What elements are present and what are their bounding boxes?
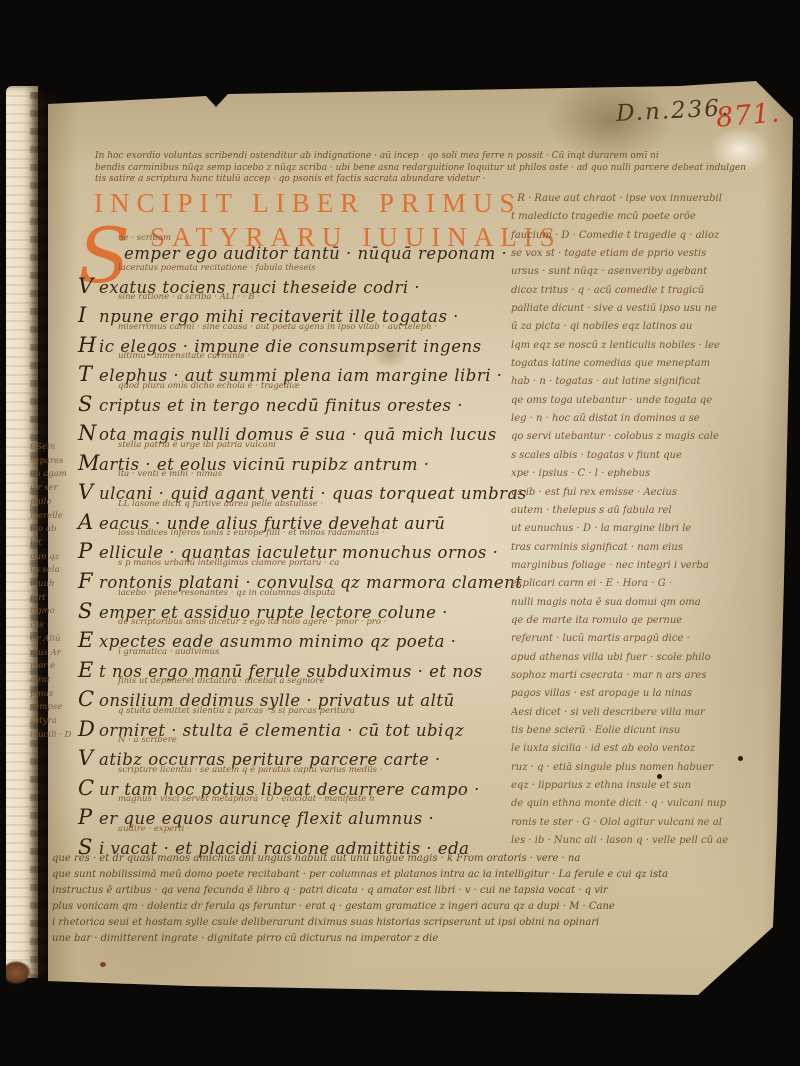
interlinear-gloss: quod plura omīs dicho echola ē · tragedi… [78,381,538,392]
top-gloss-paragraph: In hoc exordio voluntas scribendi ostend… [95,151,787,186]
interlinear-gloss: magnus · visci servat metaphorā · O · el… [78,794,538,805]
interlinear-gloss: ne · scribam [78,233,538,244]
marginal-gloss-column-right: · R · Raue aut chraot · ipse vox innuera… [511,190,793,850]
left-gloss-fragment: mo ab [30,523,94,537]
verse-row: Nota magis nulli domus ē sua · quā mich … [78,410,538,440]
right-gloss-line: tras carminis significat · nam eius [511,539,793,557]
verse-row: sine ratione · a scriba · ALI · · B ·Inp… [78,292,538,322]
left-gloss-fragment: satyra [30,715,94,729]
right-gloss-line: s scales albis · togatas v fiunt que [511,447,793,465]
ink-dot [738,756,743,761]
left-gloss-fragment: i lucili · D [30,729,94,743]
left-gloss-fragment: fart [30,592,94,606]
bottom-gloss-line: que sunt nobilissimā meū domo poete reci… [52,867,788,883]
verse-row: finis ut deponeret dictaturā · dicebat a… [78,676,538,706]
interlinear-gloss: iacebo · plene resonantes · qz in column… [78,588,538,599]
interlinear-gloss: scripture licentia · se autem q ē paratu… [78,765,538,776]
left-gloss-fragment: mor e [30,660,94,674]
left-gloss-fragment: b t [30,537,94,551]
top-gloss-line: In hoc exordio voluntas scribendi ostend… [95,151,787,163]
right-gloss-line: le iuxta sicilia · id est ab eolo ventoz [511,740,793,758]
right-gloss-line: marginibus foliage · nec integri i verba [511,557,793,575]
interlinear-gloss: N · a scribere [78,735,538,746]
interlinear-gloss: stelia patria ē urge ibi patria vulcani [78,440,538,451]
right-gloss-line: togatas latine comedias que meneptam [511,355,793,373]
right-gloss-line: ū za picta · qi nobiles eqz latinos au [511,318,793,336]
bottom-gloss-line: plus vonicam qm · dolentiz dr ferula qs … [52,899,788,915]
right-gloss-line: nulli magis nota ē sua domui qm oma [511,594,793,612]
right-gloss-line: · R · Raue aut chraot · ipse vox innuera… [511,190,793,208]
right-gloss-line: autem · thelepus s aū fabula rel [511,502,793,520]
verse-row: s p manos urbanū intelligimus clamore po… [78,558,538,588]
interlinear-gloss: sine ratione · a scriba · ALI · · B · [78,292,538,303]
interlinear-gloss: LL lasone dicit q furtive aurea pelle ab… [78,499,538,510]
interlinear-gloss: loss indices inferos ionis z europe fili… [78,528,538,539]
left-gloss-fragment: uun qz [30,551,94,565]
left-gloss-fragment: separes [30,455,94,469]
left-gloss-fragment: rus · [30,619,94,633]
interlinear-gloss: de scriptoribus amīs dicetur z ego ita n… [78,617,538,628]
verse-row: de scriptoribus amīs dicetur z ego ita n… [78,617,538,647]
right-gloss-line: qo servi utebantur · colobus z magis cal… [511,428,793,446]
ink-dot [657,774,662,779]
interlinear-gloss: ī gramatica · audivimus [78,647,538,658]
right-gloss-line: dicoz tritus · q · acū comedie t tragicū [511,282,793,300]
interlinear-gloss: q stulta demittet silentiū z parcas · s … [78,706,538,717]
verse-row: scripture licentia · se autem q ē paratu… [78,765,538,795]
verse-row: audire · experti ·Si vacat · et placidi … [78,824,538,854]
verse-row: loss indices inferos ionis z europe fili… [78,528,538,558]
right-gloss-line: se vox st · togate etiam de pprio vestis [511,245,793,263]
interlinear-gloss [78,410,538,421]
verse-row: magnus · visci servat metaphorā · O · el… [78,794,538,824]
verse-row: N · a scribereVatibz occurras periture p… [78,735,538,765]
right-gloss-line: les · ib · Nunc ali · lason q · velle pe… [511,832,793,850]
right-gloss-line: pagos villas · est aropage u la ninas [511,685,793,703]
right-gloss-line: ronis te ster · G · Olol agitur vulcani … [511,814,793,832]
right-gloss-line: tis bene scierū · Eolie dicunt insu [511,722,793,740]
right-gloss-line: Aesi dicet · si veli describere villa ma… [511,704,793,722]
interlinear-gloss: s p manos urbanū intelligimus clamore po… [78,558,538,569]
right-gloss-line: hab · n · togatas · aut latine significa… [511,373,793,391]
verse-row: ultimū · inmensitate carminis ·Telephus … [78,351,538,381]
right-gloss-line: qe oms toga utebantur · unde togata qe [511,392,793,410]
left-gloss-fragment: mus Ar [30,647,94,661]
left-gloss-fragment: t Sein [30,441,94,455]
verse-column: ne · scribamemper ego auditor tantū · nū… [78,233,538,853]
verse-row: ne · scribamemper ego auditor tantū · nū… [78,233,538,263]
left-gloss-fragment: a rat [30,674,94,688]
right-gloss-line: xpe · ipsius · C · l · ephebus [511,465,793,483]
verse-text: emper ego auditor tantū · nūquā reponam … [78,244,538,263]
left-gloss-fragment: sempse [30,701,94,715]
bottom-gloss-line: instructus ē artibus · qa vena fecunda ē… [52,883,788,899]
interlinear-gloss: audire · experti · [78,824,538,835]
right-gloss-line: ruz · q · etiā singule plus nomen habuer [511,759,793,777]
left-gloss-fragment: ab agam [30,468,94,482]
left-gloss-fragment: Cr Aliū [30,633,94,647]
right-gloss-line: t maledicto tragedie mcū poete orōe [511,208,793,226]
stain-dot [100,962,106,967]
right-gloss-line: qe de marte ita romulo qe pernue [511,612,793,630]
verse-row: LL lasone dicit q furtive aurea pelle ab… [78,499,538,529]
interlinear-gloss: miserrimus carmī · sine causa · aut poet… [78,322,538,333]
right-gloss-line: eqz · lipparius z ethna insule et sun [511,777,793,795]
left-gloss-fragment: vir ser [30,482,94,496]
bottom-gloss-line: une bar · dimitterent ingrate · dignitat… [52,931,788,947]
right-gloss-line: de quin ethna monte dicit · q · vulcani … [511,795,793,813]
verse-row: ita · venti ē mihi · nimasVulcani · quid… [78,469,538,499]
bottom-gloss-line: que res · et dr quasi manos amichus ani … [52,851,788,867]
shelfmark-red-number: 871. [715,97,782,133]
verse-row: ī gramatica · audivimusEt nos ergo manū … [78,647,538,677]
verse-row: q stulta demittet silentiū z parcas · s … [78,706,538,736]
right-gloss-line: lqm eqz se noscū z lenticulis nobiles · … [511,337,793,355]
left-gloss-fragment: merelle [30,510,94,524]
marginal-gloss-column-left: t Sein separes ab agam vir ser philo mer… [30,441,94,742]
bottom-gloss-paragraph: que res · et dr quasi manos amichus ani … [52,851,788,946]
left-gloss-fragment: philo [30,496,94,510]
right-gloss-line: faucium · D · Comedie t tragedie q · ali… [511,227,793,245]
interlinear-gloss: finis ut deponeret dictaturā · dicebat a… [78,676,538,687]
right-gloss-line: ut eunuchus · D · la margine libri le [511,520,793,538]
left-gloss-fragment: muuh [30,578,94,592]
left-gloss-fragment: pmus [30,688,94,702]
verse-row: quod plura omīs dicho echola ē · tragedi… [78,381,538,411]
left-gloss-fragment: tigmo [30,605,94,619]
right-gloss-line: referunt · lucū martis arpagū dice · [511,630,793,648]
right-gloss-line: apud athenas villa ubi fuer · scole phil… [511,649,793,667]
interlinear-gloss: ita · venti ē mihi · nimas [78,469,538,480]
right-gloss-line: ursus · sunt nūqz · asenveriby agebant [511,263,793,281]
top-gloss-line: bendis carminibus nūqz semp iacebo z nūq… [95,163,787,175]
right-gloss-line: explicari carm ei · E · Hora · G · [511,575,793,593]
right-gloss-line: sophoz marti csecrata · mar n ars ares [511,667,793,685]
manuscript-photo: D.n.236. 871. In hoc exordio voluntas sc… [0,0,800,1066]
right-gloss-line: palliate dicunt · sive a vestiū ipso usu… [511,300,793,318]
right-gloss-line: leg · n · hoc aū distat in dominos a se [511,410,793,428]
verse-row: stelia patria ē urge ibi patria vulcaniM… [78,440,538,470]
interlinear-gloss: ultimū · inmensitate carminis · [78,351,538,362]
rubric-title-line1: Incipit Liber Primus [94,188,522,219]
verse-row: laceratus poemata recitatione · fabula t… [78,263,538,293]
right-gloss-line: qs ib · est fui rex emisse · Aecius [511,484,793,502]
interlinear-gloss: laceratus poemata recitatione · fabula t… [78,263,538,274]
top-gloss-line: tis satire a scriptura hunc titulū accep… [95,174,787,186]
bottom-gloss-line: i rhetorica seui et hostam sylle csule d… [52,915,788,931]
left-gloss-fragment: us sela [30,564,94,578]
verse-row: miserrimus carmī · sine causa · aut poet… [78,322,538,352]
verse-row: iacebo · plene resonantes · qz in column… [78,588,538,618]
